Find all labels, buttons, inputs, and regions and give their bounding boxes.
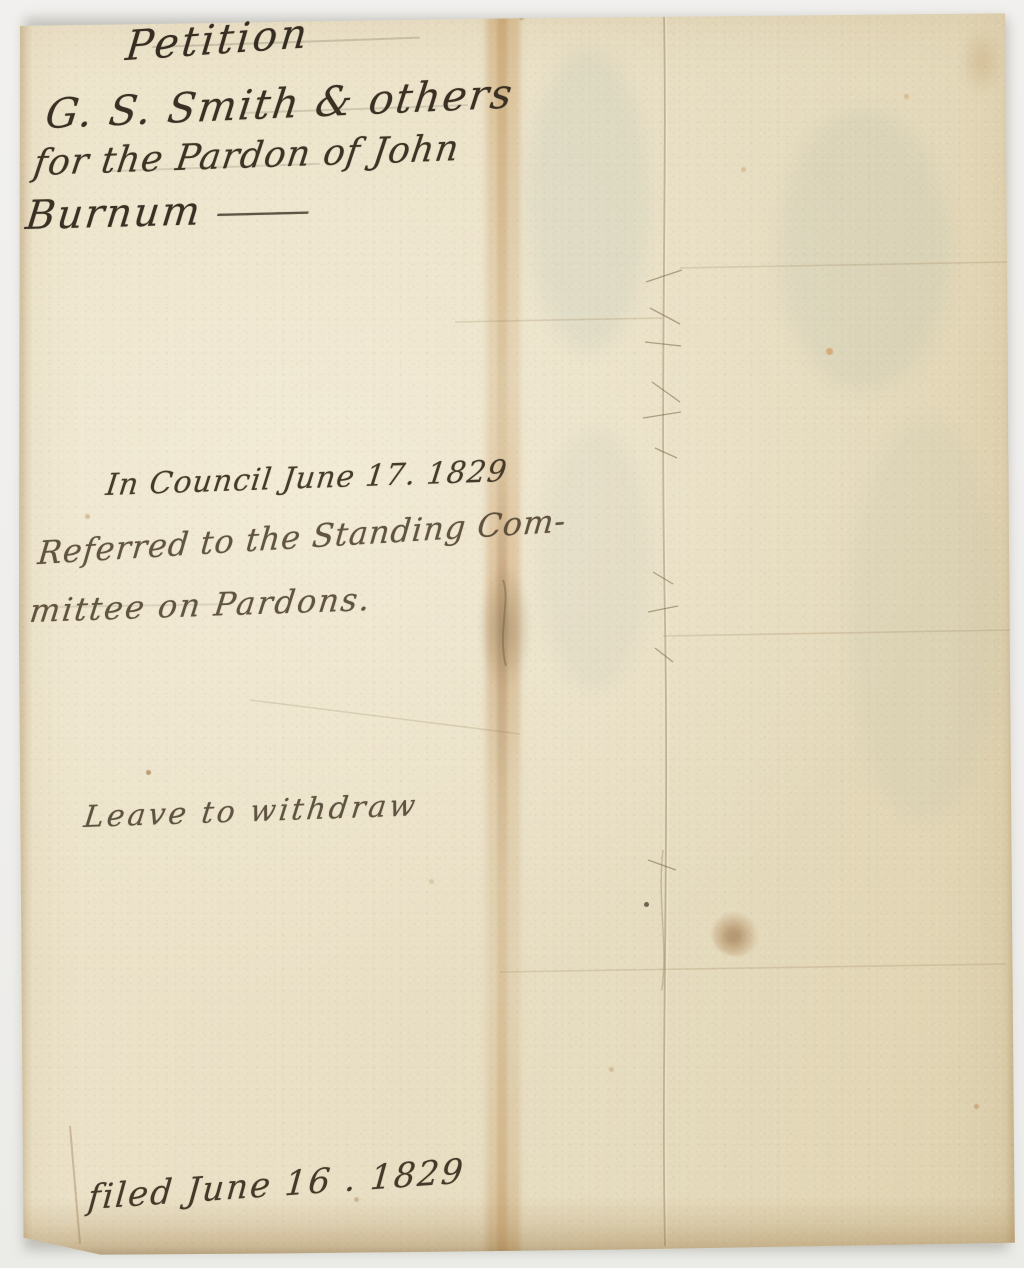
paper-sheet <box>0 0 1024 1268</box>
right-edge-shading <box>1004 0 1018 1268</box>
corner-stain <box>952 16 1012 106</box>
document-scan: Petition G. S. Smith & others for the Pa… <box>0 0 1024 1268</box>
foxing-specks <box>0 0 3 3</box>
left-edge-shading <box>18 0 32 1268</box>
ink-stain-spot <box>712 912 760 956</box>
fold-crease-lines <box>0 0 1024 1268</box>
